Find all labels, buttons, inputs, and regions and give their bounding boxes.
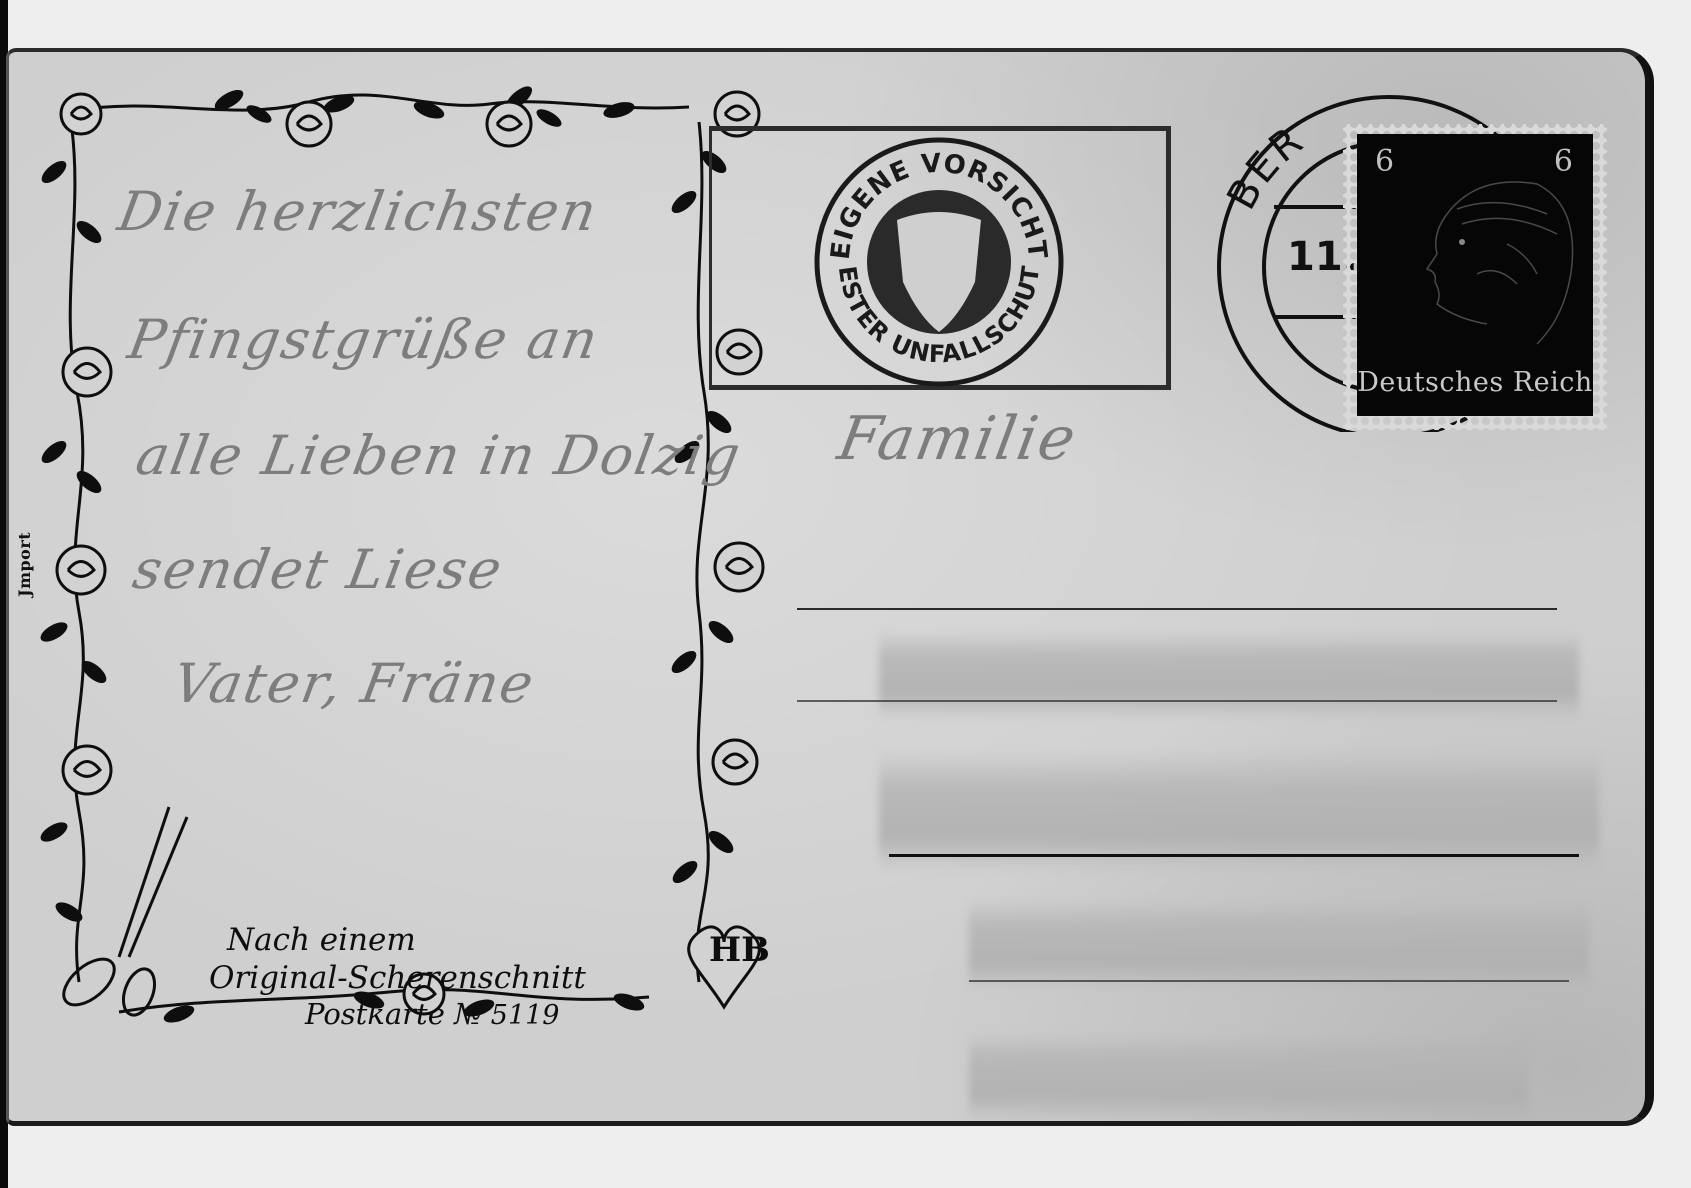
imprint-line-2: Original-Scherenschnitt (209, 960, 586, 996)
portrait-icon (1387, 154, 1587, 364)
message-line-1: Die herzlichsten (113, 180, 603, 243)
slogan-cancel: · EIGENE VORSICHT · BESTER UNFALLSCHUTZ (809, 132, 1069, 392)
svg-text:BER: BER (1219, 117, 1314, 218)
address-line-2 (797, 700, 1557, 702)
stamp-country: Deutsches Reich (1357, 367, 1593, 398)
monogram: HB (709, 930, 770, 970)
postage-stamp: 6 6 Deutsches Reich (1357, 134, 1593, 416)
message-line-4: sendet Liese (128, 538, 508, 601)
message-line-5: Vater, Fräne (168, 652, 539, 715)
postcard: Jmport HB Die herzlichsten Pfingstgrüße … (6, 48, 1654, 1126)
imprint-line-3: Postkarte № 5119 (305, 997, 559, 1031)
imprint-line-1: Nach einem (227, 922, 416, 958)
message-line-3: alle Lieben in Dolzig (131, 424, 746, 487)
address-line-1 (797, 608, 1557, 610)
redacted-address-4 (969, 1032, 1529, 1122)
redacted-address-1 (879, 630, 1579, 720)
address-line-3 (889, 854, 1579, 857)
import-label: Jmport (15, 532, 34, 597)
message-line-2: Pfingstgrüße an (123, 308, 604, 371)
imprint-prefix: Postkarte № (305, 997, 482, 1031)
address-salutation: Familie (833, 404, 1083, 474)
redacted-address-3 (969, 900, 1589, 990)
address-line-4 (969, 980, 1569, 982)
imprint-number: 5119 (491, 1000, 560, 1031)
